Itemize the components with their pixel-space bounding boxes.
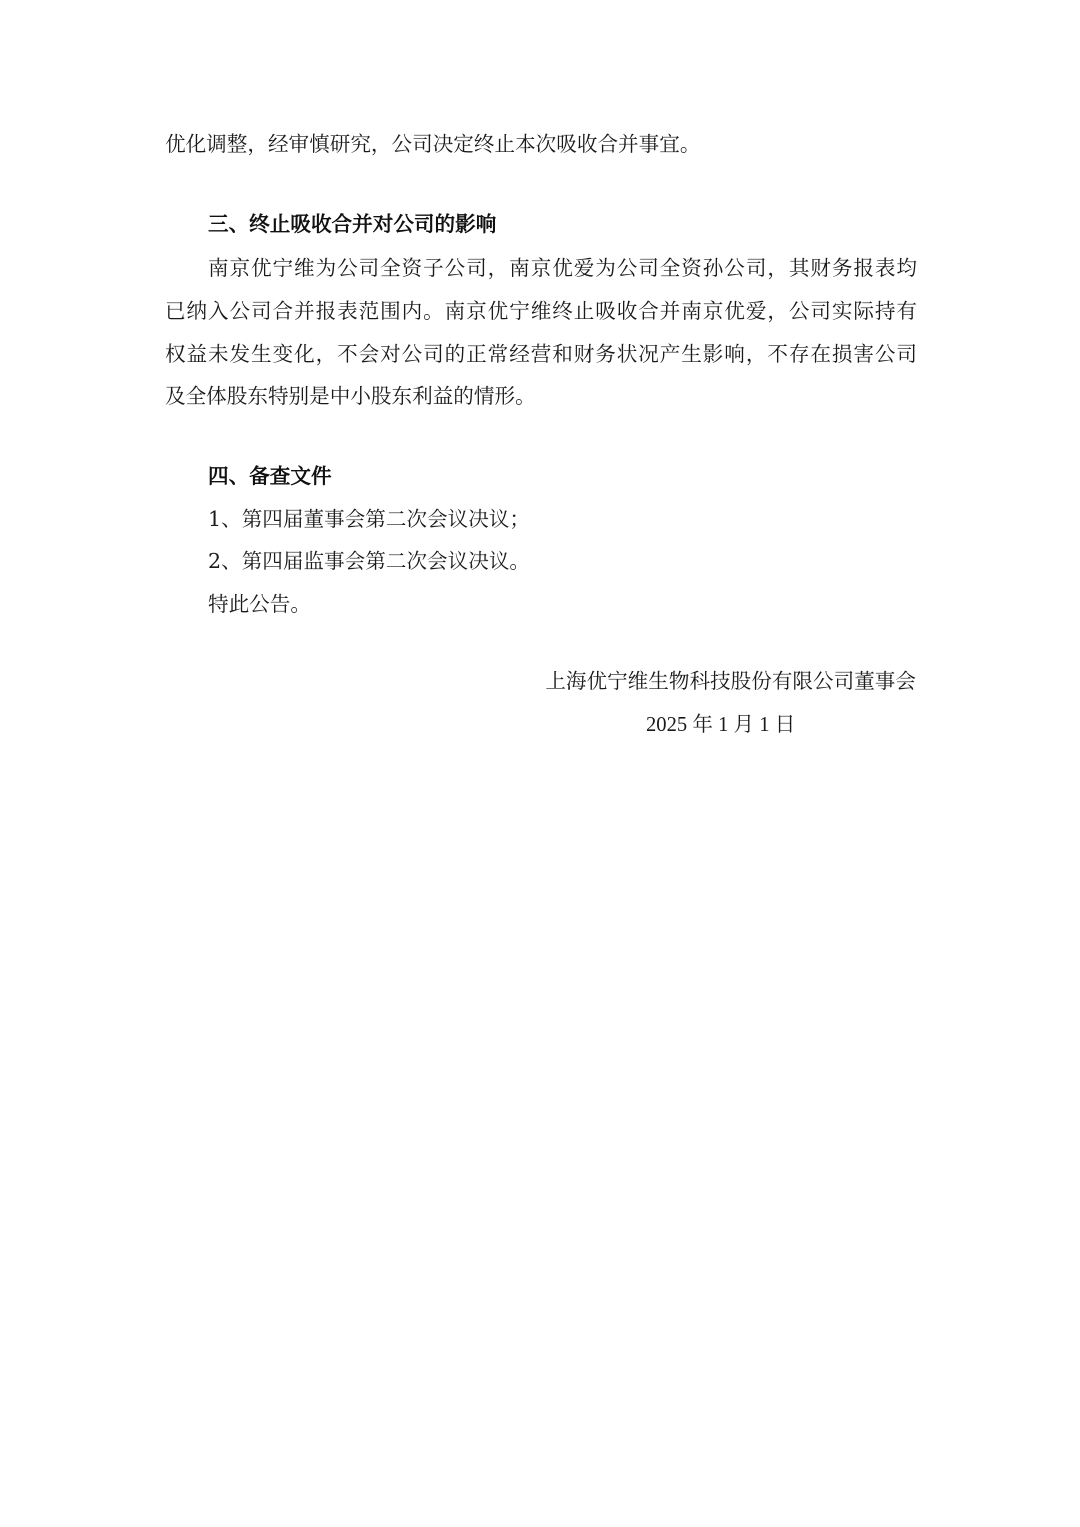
paragraph-line: 及全体股东特别是中小股东利益的情形。 [165,382,917,410]
signature-date: 2025 年 1 月 1 日 [646,711,795,739]
document-page: 优化调整，经审慎研究，公司决定终止本次吸收合并事宜。 三、终止吸收合并对公司的影… [0,0,1080,1527]
closing-statement: 特此公告。 [208,590,960,618]
list-item: 2、第四届监事会第二次会议决议。 [208,547,960,575]
signature-company: 上海优宁维生物科技股份有限公司董事会 [545,668,916,696]
paragraph-line: 已纳入公司合并报表范围内。南京优宁维终止吸收合并南京优爱，公司实际持有 [165,297,917,325]
paragraph-line: 南京优宁维为公司全资子公司，南京优爱为公司全资孙公司，其财务报表均 [208,254,917,282]
list-item: 1、第四届董事会第二次会议决议； [208,505,960,533]
section-4-heading: 四、备查文件 [208,462,960,490]
continuation-text: 优化调整，经审慎研究，公司决定终止本次吸收合并事宜。 [165,130,917,158]
paragraph-line: 权益未发生变化，不会对公司的正常经营和财务状况产生影响，不存在损害公司 [165,340,917,368]
section-3-heading: 三、终止吸收合并对公司的影响 [208,210,960,238]
